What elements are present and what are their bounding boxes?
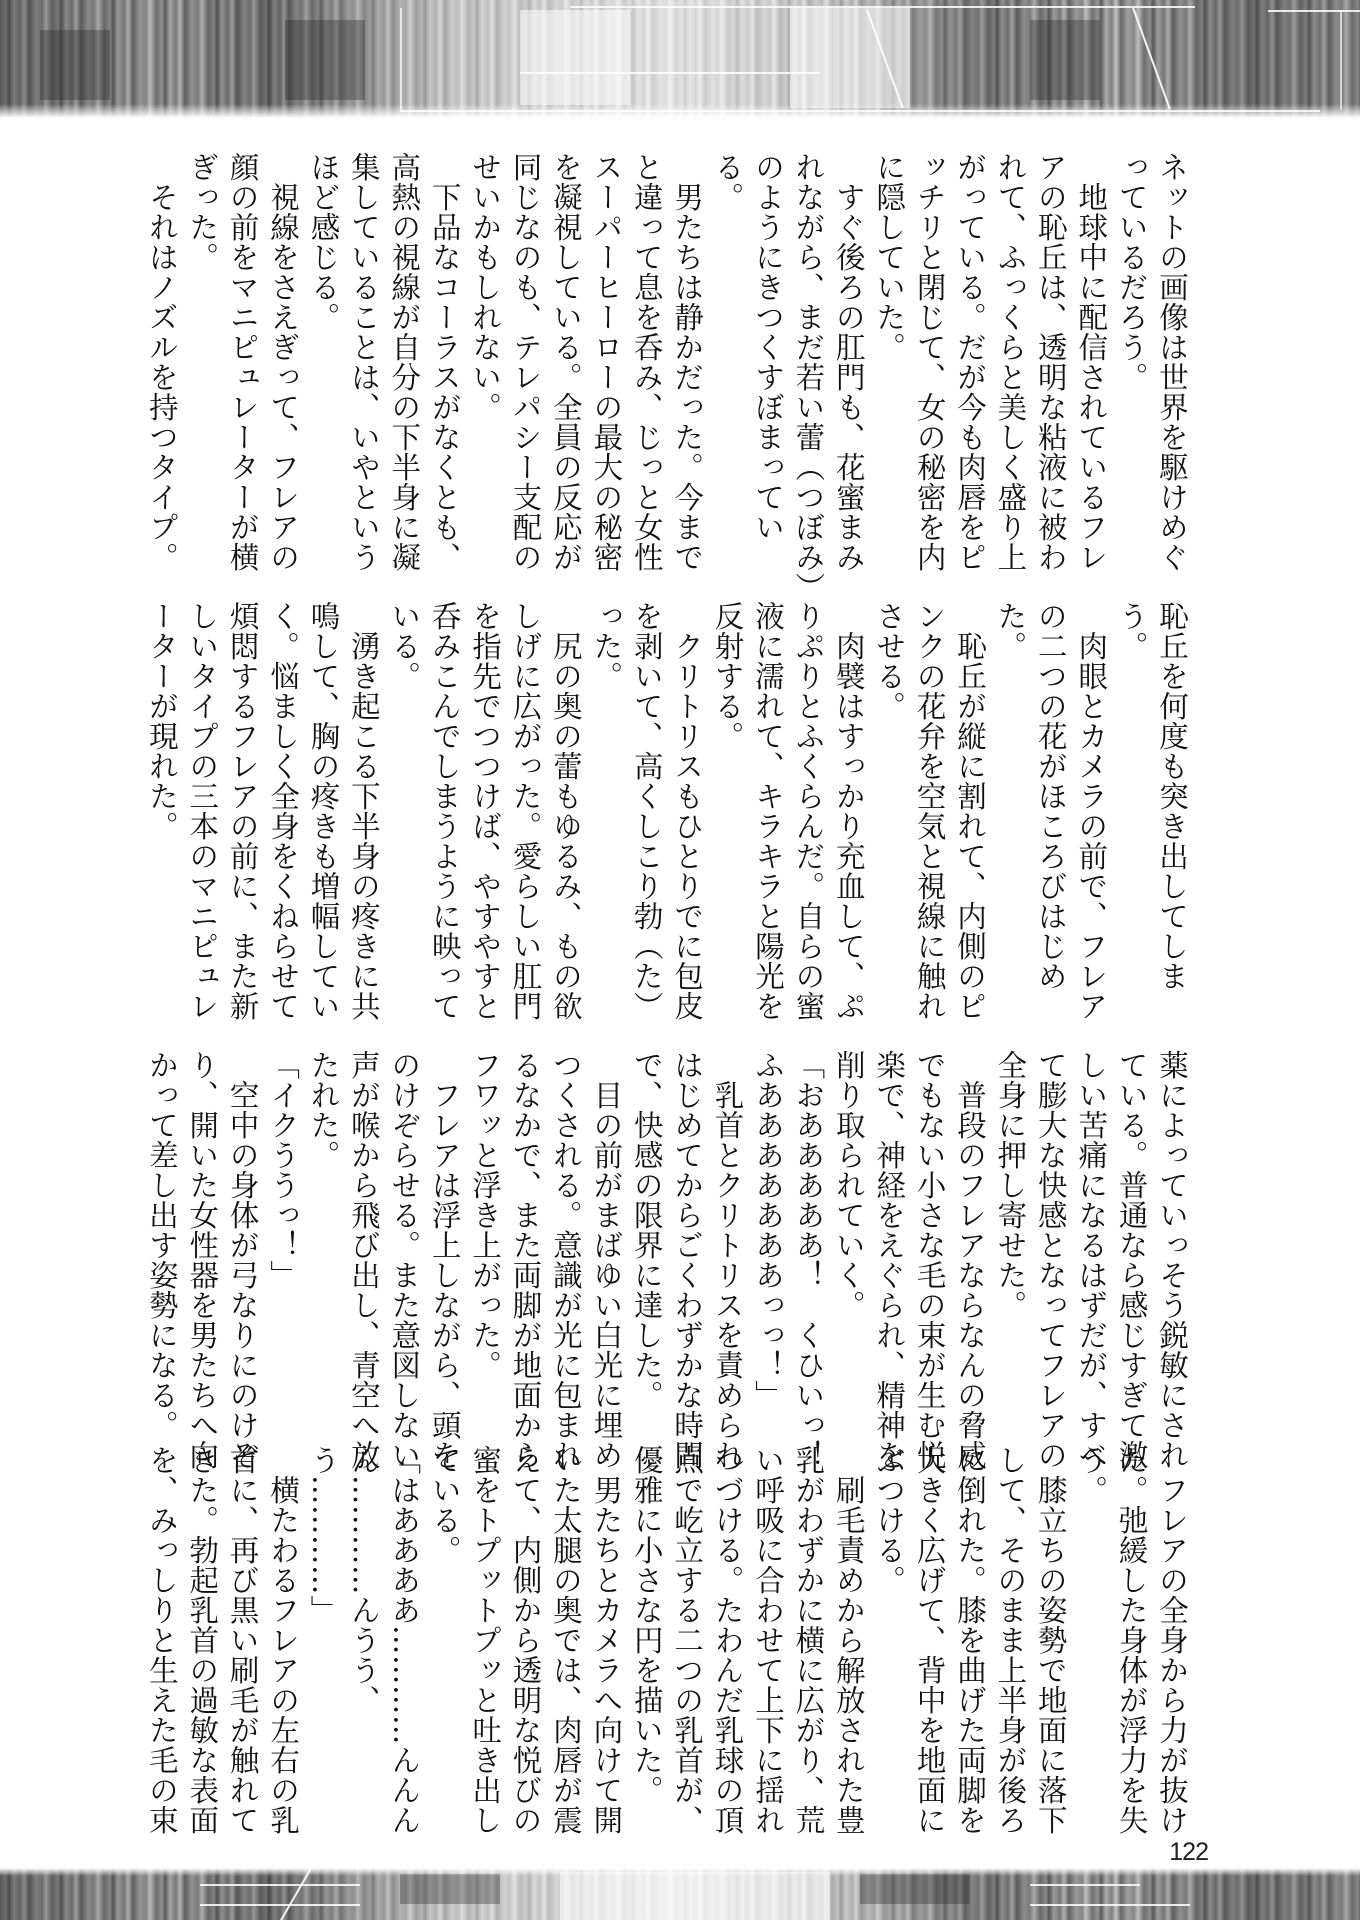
header-block: [1030, 20, 1100, 100]
paragraph: 薬によっていっそう鋭敏にされている。普通なら感じすぎて激しい苦痛になるはずだが、…: [990, 1050, 1192, 1492]
paragraph: 肉襞はすっかり充血して、ぷりぷりとふくらんだ。自らの蜜液に濡れて、キラキラと陽光…: [707, 601, 869, 1043]
paragraph: 男たちとカメラへ向けて開いた太腿の奥では、肉唇が震えて、内側から透明な悦びの蜜を…: [424, 1445, 626, 1845]
paragraph: 男たちは静かだった。今までと違って息を呑み、じっと女性スーパーヒーローの最大の秘…: [465, 152, 707, 594]
header-light-block: [790, 8, 910, 108]
header-shading: [0, 0, 1360, 118]
text-tier-4: フレアの全身から力が抜けた。弛緩した身体が浮力を失う。 膝立ちの姿勢で地面に落下…: [150, 1445, 1192, 1845]
dialogue-line: 「イクううっ！」: [263, 1050, 303, 1492]
paragraph: 恥丘を何度も突き出してしまう。: [1111, 601, 1192, 1043]
paragraph: それはノズルを持つタイプ。: [150, 152, 182, 594]
header-block: [285, 20, 365, 100]
decorative-header-band: [0, 0, 1360, 118]
footer-block: [860, 1874, 970, 1904]
header-line: [1268, 10, 1360, 12]
header-block: [40, 30, 110, 100]
paragraph: 湧き起こる下半身の疼きに共鳴して、胸の疼きも増幅していく。悩ましく全身をくねらせ…: [150, 601, 384, 1043]
paragraph: 空中の身体が弓なりにのけぞり、開いた女性器を男たちへ向かって差し出す姿勢になる。: [150, 1050, 263, 1492]
footer-block: [400, 1874, 500, 1904]
footer-line: [200, 1884, 360, 1886]
paragraph: 膝立ちの姿勢で地面に落下して、そのまま上半身が後ろに倒れた。膝を曲げた両脚を大き…: [869, 1445, 1071, 1845]
paragraph: 地球中に配信されているフレアの恥丘は、透明な粘液に被われて、ふっくらと美しく盛り…: [869, 152, 1111, 594]
header-line: [1340, 10, 1342, 110]
dialogue-line: 「はああああ…………んんんん…………んうう、う…………」: [303, 1445, 424, 1845]
footer-line: [1030, 1884, 1140, 1886]
text-tier-1: ネットの画像は世界を駆けめぐっているだろう。 地球中に配信されているフレアの恥丘…: [150, 152, 1192, 594]
paragraph: 肉眼とカメラの前で、フレアの二つの花がほころびはじめた。: [990, 601, 1111, 1043]
dialogue-line: 「おあああああ！ くひいっ！ ふあああああああっっ！」: [748, 1050, 829, 1492]
paragraph: 横たわるフレアの左右の乳首に、再び黒い刷毛が触れてきた。勃起乳首の過敏な表面を、…: [150, 1445, 303, 1845]
header-line: [520, 72, 820, 74]
paragraph: 尻の奥の蕾もゆるみ、もの欲しげに広がった。愛らしい肛門を指先でつつけば、やすやす…: [384, 601, 586, 1043]
header-light-block: [520, 10, 630, 105]
paragraph: 乳首とクリトリスを責められはじめてからごくわずかな時間で、快感の限界に達した。: [626, 1050, 747, 1492]
header-line: [570, 6, 1195, 8]
paragraph: 恥丘が縦に割れて、内側のピンクの花弁を空気と視線に触れさせる。: [869, 601, 990, 1043]
text-tier-3: 薬によっていっそう鋭敏にされている。普通なら感じすぎて激しい苦痛になるはずだが、…: [150, 1050, 1192, 1492]
paragraph: 普段のフレアならなんの脅威でもない小さな毛の束が生む悦楽で、神経をえぐられ、精神…: [828, 1050, 990, 1492]
footer-light-block: [560, 1872, 830, 1920]
paragraph: クリトリスもひとりでに包皮を剥いて、高くしこり勃（た）った。: [586, 601, 707, 1043]
text-tier-2: 恥丘を何度も突き出してしまう。 肉眼とカメラの前で、フレアの二つの花がほころびは…: [150, 601, 1192, 1043]
header-fade: [0, 104, 1360, 118]
paragraph: 下品なコーラスがなくとも、高熱の視線が自分の下半身に凝集していることは、いやとい…: [303, 152, 465, 594]
decorative-footer-band: [0, 1868, 1360, 1920]
paragraph: 目の前がまばゆい白光に埋めつくされる。意識が光に包まれるなかで、また両脚が地面か…: [465, 1050, 627, 1492]
header-line: [400, 8, 402, 112]
page-number: 122: [1158, 1838, 1208, 1867]
paragraph: 刷毛責めから解放された豊乳がわずかに横に広がり、荒い呼吸に合わせて上下に揺れつづ…: [626, 1445, 868, 1845]
paragraph: 視線をさえぎって、フレアの顔の前をマニピュレーターが横ぎった。: [182, 152, 303, 594]
paragraph: フレアは浮上しながら、頭をのけぞらせる。また意図しない声が喉から飛び出し、青空へ…: [303, 1050, 465, 1492]
footer-line: [1030, 1904, 1190, 1906]
footer-line: [200, 1904, 360, 1906]
footer-fade: [0, 1868, 1360, 1876]
paragraph: すぐ後ろの肛門も、花蜜まみれながら、まだ若い蕾（つぼみ）のようにきつくすぼまって…: [707, 152, 869, 594]
paragraph: ネットの画像は世界を駆けめぐっているだろう。: [1111, 152, 1192, 594]
paragraph: フレアの全身から力が抜けた。弛緩した身体が浮力を失う。: [1071, 1445, 1192, 1845]
